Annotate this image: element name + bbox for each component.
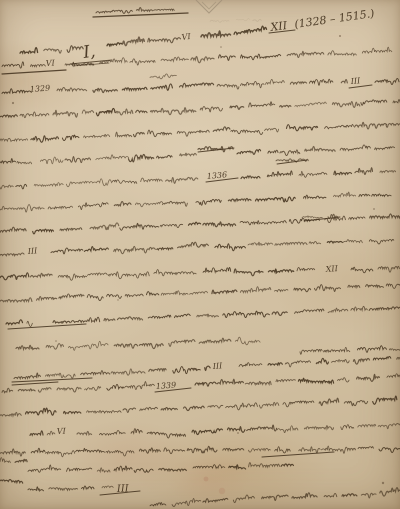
handwriting-line bbox=[340, 145, 370, 151]
handwriting-line bbox=[237, 149, 261, 154]
handwriting-line bbox=[229, 465, 246, 469]
manuscript-page: Handwritten manuscript page, cursive ink… bbox=[0, 0, 400, 509]
handwriting-line bbox=[239, 363, 262, 367]
handwriting-line bbox=[190, 291, 208, 294]
handwriting-line bbox=[240, 287, 270, 293]
handwriting-line bbox=[295, 102, 326, 107]
handwriting-line bbox=[341, 425, 354, 430]
handwriting-line bbox=[355, 122, 387, 129]
handwriting-line bbox=[249, 102, 275, 107]
handwriting-line bbox=[235, 337, 260, 345]
handwriting-line bbox=[203, 267, 231, 272]
handwriting-line bbox=[15, 459, 27, 462]
ink-speck bbox=[12, 102, 14, 104]
handwriting-line bbox=[268, 363, 282, 365]
handwriting-line bbox=[196, 199, 221, 205]
handwriting-line bbox=[195, 382, 216, 386]
handwriting-line bbox=[228, 199, 251, 201]
handwriting-line bbox=[275, 447, 291, 453]
handwriting-line bbox=[67, 468, 92, 471]
handwriting-line bbox=[108, 272, 149, 279]
handwriting-line bbox=[154, 270, 196, 276]
handwriting-line bbox=[147, 292, 159, 296]
handwriting-line bbox=[328, 51, 356, 56]
handwriting-line bbox=[344, 401, 367, 406]
ink-speck bbox=[220, 46, 222, 48]
handwriting-line bbox=[325, 125, 354, 129]
handwriting-line bbox=[136, 110, 147, 112]
handwriting-line bbox=[295, 309, 324, 313]
ink-speck bbox=[339, 35, 341, 37]
handwriting-line bbox=[357, 374, 380, 381]
handwriting-line bbox=[262, 495, 288, 500]
handwriting-line bbox=[87, 410, 122, 413]
handwriting-line bbox=[81, 371, 110, 375]
handwriting-line bbox=[184, 406, 205, 410]
handwriting-line bbox=[267, 171, 292, 177]
handwriting-line bbox=[2, 62, 24, 68]
handwriting-line bbox=[31, 136, 59, 142]
handwriting-line bbox=[215, 244, 246, 251]
handwriting-line bbox=[166, 177, 198, 183]
handwriting-line bbox=[342, 494, 357, 496]
handwriting-line bbox=[114, 344, 137, 348]
handwriting-line bbox=[247, 425, 277, 431]
handwriting-line bbox=[112, 180, 137, 184]
ink-speck bbox=[204, 477, 209, 482]
handwriting-line bbox=[90, 223, 119, 230]
handwriting-line bbox=[0, 185, 13, 189]
handwriting-line bbox=[287, 51, 324, 57]
handwriting-line bbox=[107, 384, 124, 390]
handwriting-line bbox=[380, 488, 400, 496]
handwriting-line bbox=[131, 429, 142, 434]
handwriting-line bbox=[148, 38, 181, 43]
handwriting-line bbox=[259, 402, 278, 408]
handwriting-line bbox=[116, 109, 133, 115]
handwriting-line bbox=[290, 82, 306, 84]
handwriting-line bbox=[100, 430, 126, 435]
legible-token: VI bbox=[181, 32, 192, 42]
handwriting-line bbox=[187, 446, 217, 453]
handwriting-line bbox=[177, 130, 209, 136]
handwriting-line bbox=[2, 388, 13, 392]
handwriting-line bbox=[213, 127, 230, 131]
handwriting-line bbox=[0, 115, 17, 117]
handwriting-line bbox=[203, 222, 236, 227]
legible-token: XII bbox=[269, 19, 289, 34]
handwriting-line bbox=[78, 203, 108, 210]
legible-token: I, bbox=[81, 41, 97, 63]
legible-token: 1329 bbox=[30, 84, 51, 94]
handwriting-line bbox=[348, 285, 360, 287]
handwriting-line bbox=[287, 125, 318, 131]
handwriting-line bbox=[27, 321, 32, 326]
handwriting-line bbox=[40, 157, 63, 164]
handwriting-line bbox=[164, 448, 185, 454]
handwriting-line bbox=[31, 273, 53, 277]
handwriting-line bbox=[249, 448, 271, 452]
legible-token: (1328 – 1515.) bbox=[294, 7, 376, 31]
handwriting-line bbox=[249, 463, 280, 467]
handwriting-line bbox=[241, 176, 260, 179]
handwriting-line bbox=[386, 123, 400, 127]
handwriting-line bbox=[212, 290, 237, 294]
handwriting-line bbox=[6, 320, 23, 325]
handwriting-line bbox=[189, 222, 201, 225]
handwriting-line bbox=[0, 227, 26, 232]
handwriting-line bbox=[65, 157, 90, 163]
handwriting-line bbox=[272, 312, 287, 316]
handwriting-line bbox=[76, 448, 105, 452]
handwriting-line bbox=[139, 343, 163, 348]
handwriting-line bbox=[353, 358, 369, 364]
handwriting-line bbox=[57, 387, 81, 392]
handwriting-line bbox=[332, 102, 359, 108]
ink-speck bbox=[237, 432, 239, 434]
handwriting-line bbox=[57, 88, 87, 92]
handwriting-line bbox=[123, 408, 136, 412]
handwriting-line bbox=[84, 134, 110, 137]
handwriting-line bbox=[59, 294, 84, 298]
handwriting-line bbox=[327, 241, 342, 243]
handwriting-line bbox=[241, 54, 281, 60]
handwriting-line bbox=[304, 195, 326, 198]
handwriting-line bbox=[107, 294, 122, 298]
handwriting-line bbox=[114, 202, 131, 206]
handwriting-line bbox=[0, 412, 21, 416]
ink-speck bbox=[55, 340, 57, 342]
handwriting-line bbox=[280, 105, 291, 107]
handwriting-line bbox=[205, 366, 210, 370]
handwriting-line bbox=[102, 486, 113, 488]
handwriting-line bbox=[84, 247, 108, 252]
handwriting-line bbox=[161, 408, 177, 410]
handwriting-line bbox=[378, 266, 399, 272]
handwriting-line bbox=[38, 388, 51, 392]
handwriting-line bbox=[379, 447, 400, 452]
handwriting-line bbox=[151, 108, 196, 115]
handwriting-line bbox=[172, 498, 201, 506]
handwriting-line bbox=[16, 345, 39, 349]
handwriting-line bbox=[66, 179, 111, 187]
handwriting-line bbox=[302, 216, 322, 218]
handwriting-layer: I,VIXII(1328 – 1515.)VI1329III1336IIIXII… bbox=[0, 0, 400, 509]
handwriting-line bbox=[180, 153, 197, 155]
underline-stroke bbox=[2, 70, 66, 74]
handwriting-line bbox=[30, 431, 43, 436]
handwriting-line bbox=[0, 205, 44, 213]
handwriting-line bbox=[34, 183, 63, 187]
handwriting-line bbox=[26, 408, 57, 415]
handwriting-line bbox=[234, 26, 266, 34]
handwriting-line bbox=[154, 9, 175, 11]
handwriting-line bbox=[268, 150, 278, 153]
handwriting-line bbox=[362, 47, 392, 53]
handwriting-line bbox=[148, 315, 171, 318]
handwriting-line bbox=[234, 269, 263, 276]
handwriting-line bbox=[192, 429, 222, 435]
handwriting-line bbox=[134, 469, 153, 473]
handwriting-line bbox=[304, 426, 333, 430]
handwriting-line bbox=[0, 138, 28, 141]
handwriting-line bbox=[223, 311, 270, 317]
handwriting-line bbox=[107, 43, 122, 46]
handwriting-line bbox=[341, 80, 347, 83]
handwriting-line bbox=[147, 432, 185, 438]
handwriting-line bbox=[169, 340, 195, 347]
handwriting-line bbox=[82, 486, 94, 489]
handwriting-line bbox=[298, 378, 333, 383]
handwriting-line bbox=[236, 19, 250, 21]
handwriting-line bbox=[14, 373, 40, 379]
handwriting-line bbox=[135, 202, 162, 207]
handwriting-line bbox=[178, 242, 209, 248]
handwriting-line bbox=[228, 427, 245, 433]
handwriting-line bbox=[33, 229, 54, 234]
handwriting-line bbox=[277, 426, 298, 433]
handwriting-line bbox=[132, 318, 142, 320]
handwriting-line bbox=[375, 147, 395, 150]
handwriting-line bbox=[96, 10, 132, 13]
ink-speck bbox=[373, 208, 375, 210]
ink-speck bbox=[382, 482, 384, 484]
handwriting-line bbox=[210, 20, 229, 22]
handwriting-line bbox=[150, 503, 166, 506]
handwriting-line bbox=[114, 246, 156, 253]
handwriting-line bbox=[309, 79, 333, 85]
ink-speck bbox=[219, 488, 225, 494]
handwriting-line bbox=[375, 78, 399, 84]
handwriting-line bbox=[67, 46, 83, 53]
legible-token: III bbox=[27, 246, 39, 256]
handwriting-line bbox=[373, 396, 397, 404]
legible-token: III bbox=[116, 483, 130, 495]
handwriting-line bbox=[0, 159, 16, 163]
handwriting-line bbox=[369, 239, 394, 244]
handwriting-line bbox=[253, 19, 261, 21]
handwriting-line bbox=[64, 411, 81, 413]
handwriting-line bbox=[358, 447, 373, 449]
handwriting-line bbox=[160, 224, 183, 227]
handwriting-line bbox=[140, 407, 158, 410]
handwriting-line bbox=[351, 306, 367, 310]
handwriting-line bbox=[219, 55, 236, 61]
handwriting-line bbox=[88, 273, 108, 275]
handwriting-line bbox=[16, 184, 27, 189]
underline-stroke bbox=[262, 452, 334, 457]
handwriting-line bbox=[180, 83, 214, 87]
handwriting-line bbox=[358, 424, 376, 427]
handwriting-line bbox=[281, 464, 293, 466]
handwriting-line bbox=[331, 360, 349, 363]
handwriting-line bbox=[378, 423, 400, 428]
handwriting-line bbox=[17, 161, 32, 163]
legible-token: VI bbox=[46, 58, 56, 68]
handwriting-line bbox=[77, 431, 92, 434]
handwriting-line bbox=[248, 242, 273, 245]
handwriting-line bbox=[137, 8, 153, 11]
handwriting-line bbox=[157, 155, 173, 158]
handwriting-line bbox=[46, 373, 76, 378]
handwriting-line bbox=[280, 150, 300, 156]
handwriting-line bbox=[372, 194, 391, 196]
handwriting-line bbox=[276, 380, 295, 382]
handwriting-line bbox=[125, 382, 155, 390]
handwriting-line bbox=[268, 269, 293, 273]
handwriting-line bbox=[200, 107, 222, 112]
handwriting-line bbox=[245, 381, 271, 385]
handwriting-line bbox=[104, 319, 115, 321]
handwriting-line bbox=[0, 458, 10, 463]
handwriting-line bbox=[31, 448, 45, 453]
handwriting-line bbox=[18, 389, 35, 391]
handwriting-line bbox=[0, 480, 23, 484]
handwriting-line bbox=[71, 317, 100, 322]
handwriting-line bbox=[285, 361, 310, 367]
handwriting-line bbox=[373, 357, 390, 360]
handwriting-line bbox=[161, 57, 188, 61]
handwriting-line bbox=[351, 267, 373, 273]
handwriting-line bbox=[51, 248, 83, 254]
handwriting-line bbox=[123, 37, 145, 46]
handwriting-line bbox=[300, 349, 322, 354]
handwriting-line bbox=[387, 374, 400, 378]
handwriting-line bbox=[393, 100, 400, 103]
handwriting-line bbox=[315, 285, 341, 292]
handwriting-line bbox=[349, 217, 365, 220]
handwriting-line bbox=[324, 347, 350, 352]
handwriting-line bbox=[60, 228, 82, 231]
handwriting-line bbox=[47, 431, 55, 435]
handwriting-line bbox=[316, 358, 328, 364]
handwriting-line bbox=[241, 81, 265, 87]
handwriting-line bbox=[111, 369, 145, 375]
handwriting-line bbox=[199, 338, 231, 343]
ink-speck bbox=[117, 299, 118, 300]
handwriting-line bbox=[31, 64, 46, 66]
handwriting-line bbox=[299, 447, 320, 453]
handwriting-line bbox=[324, 493, 337, 497]
handwriting-line bbox=[334, 192, 356, 197]
handwriting-line bbox=[197, 314, 219, 317]
handwriting-line bbox=[139, 448, 160, 453]
handwriting-line bbox=[129, 154, 154, 161]
handwriting-line bbox=[44, 49, 62, 53]
handwriting-line bbox=[120, 223, 159, 230]
handwriting-line bbox=[369, 307, 400, 311]
handwriting-line bbox=[294, 288, 311, 291]
handwriting-line bbox=[0, 298, 32, 302]
handwriting-line bbox=[208, 405, 223, 408]
handwriting-line bbox=[201, 31, 231, 37]
underline-stroke bbox=[93, 13, 188, 17]
handwriting-line bbox=[231, 130, 263, 135]
handwriting-line bbox=[265, 128, 279, 132]
handwriting-line bbox=[151, 84, 173, 90]
handwriting-line bbox=[370, 214, 400, 218]
handwriting-line bbox=[114, 466, 132, 471]
handwriting-line bbox=[122, 87, 147, 90]
legible-token: III bbox=[349, 76, 361, 86]
handwriting-line bbox=[37, 297, 57, 301]
handwriting-line bbox=[46, 344, 63, 350]
handwriting-line bbox=[361, 100, 387, 105]
handwriting-line bbox=[28, 465, 61, 472]
handwriting-line bbox=[292, 493, 317, 499]
handwriting-line bbox=[161, 291, 188, 295]
handwriting-line bbox=[175, 314, 191, 318]
handwriting-line bbox=[141, 178, 163, 182]
handwriting-line bbox=[309, 242, 321, 244]
handwriting-line bbox=[159, 468, 187, 471]
handwriting-line bbox=[0, 449, 25, 456]
handwriting-line bbox=[328, 308, 348, 313]
handwriting-line bbox=[266, 79, 285, 84]
handwriting-line bbox=[357, 346, 386, 353]
handwriting-line bbox=[380, 171, 396, 173]
diamond-mark bbox=[196, 0, 222, 13]
handwriting-line bbox=[173, 367, 201, 374]
handwriting-line bbox=[233, 495, 254, 503]
underline-stroke bbox=[12, 382, 58, 385]
handwriting-line bbox=[149, 369, 166, 372]
handwriting-line bbox=[343, 240, 362, 243]
handwriting-line bbox=[338, 378, 349, 382]
legible-token: 1339 bbox=[156, 381, 177, 391]
handwriting-line bbox=[386, 284, 400, 288]
handwriting-line bbox=[116, 132, 132, 137]
handwriting-line bbox=[45, 451, 74, 457]
handwriting-line bbox=[118, 317, 132, 320]
handwriting-line bbox=[389, 349, 400, 351]
legible-token: III bbox=[212, 361, 224, 371]
handwriting-line bbox=[334, 171, 352, 175]
handwriting-line bbox=[223, 448, 244, 450]
handwriting-line bbox=[355, 168, 373, 175]
handwriting-line bbox=[49, 488, 78, 491]
handwriting-line bbox=[240, 221, 286, 225]
handwriting-line bbox=[130, 59, 155, 65]
handwriting-line bbox=[217, 379, 243, 383]
handwriting-line bbox=[319, 398, 339, 405]
handwriting-line bbox=[106, 450, 134, 456]
handwriting-line bbox=[366, 285, 384, 288]
handwriting-line bbox=[163, 201, 188, 206]
handwriting-line bbox=[96, 109, 115, 116]
handwriting-line bbox=[361, 493, 376, 498]
handwriting-line bbox=[157, 248, 173, 250]
handwriting-line bbox=[274, 290, 288, 292]
handwriting-line bbox=[87, 294, 103, 300]
handwriting-line bbox=[226, 403, 258, 410]
handwriting-line bbox=[134, 132, 145, 136]
handwriting-line bbox=[93, 88, 117, 92]
handwriting-line bbox=[48, 206, 72, 209]
handwriting-line bbox=[359, 194, 370, 197]
legible-token: 1336 bbox=[206, 170, 227, 181]
handwriting-line bbox=[58, 274, 86, 280]
handwriting-line bbox=[82, 110, 94, 113]
handwriting-line bbox=[150, 74, 176, 79]
handwriting-line bbox=[191, 56, 214, 62]
handwriting-line bbox=[20, 112, 49, 118]
handwriting-line bbox=[53, 110, 78, 117]
handwriting-line bbox=[256, 197, 296, 202]
handwriting-line bbox=[96, 155, 129, 160]
handwriting-line bbox=[2, 89, 31, 94]
handwriting-line bbox=[217, 84, 239, 89]
